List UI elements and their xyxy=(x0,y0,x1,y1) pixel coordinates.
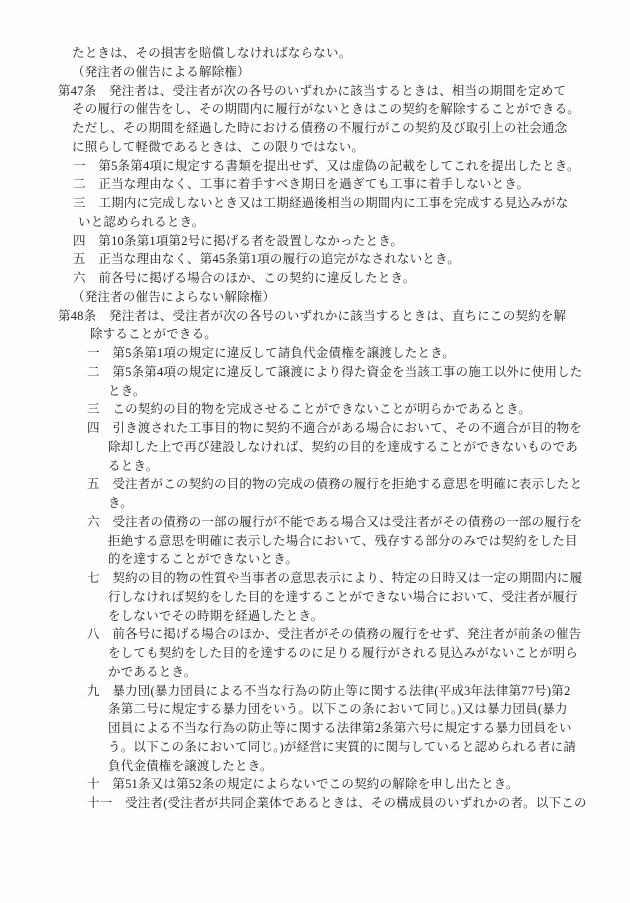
document-line: 一 第5条第4項に規定する書類を提出せず、又は虚偽の記載をしてこれを提出したとき… xyxy=(58,157,598,176)
document-line: ただし、その期間を経過した時における債務の不履行がこの契約及び取引上の社会通念 xyxy=(58,119,598,138)
document-line: るとき。 xyxy=(58,457,598,476)
document-line: 第47条 発注者は、受注者が次の各号のいずれかに該当するときは、相当の期間を定め… xyxy=(58,82,598,101)
document-line: 団員による不当な行為の防止等に関する法律第2条第六号に規定する暴力団員をい xyxy=(58,719,598,738)
document-line: いと認められるとき。 xyxy=(58,213,598,232)
document-line: 負代金債権を譲渡したとき。 xyxy=(58,757,598,776)
document-body: たときは、その損害を賠償しなければならない。（発注者の催告による解除権）第47条… xyxy=(58,44,598,813)
document-line: 二 正当な理由なく、工事に着手すべき期日を過ぎても工事に着手しないとき。 xyxy=(58,175,598,194)
document-line: 七 契約の目的物の性質や当事者の意思表示により、特定の日時又は一定の期間内に履 xyxy=(58,569,598,588)
document-line: き。 xyxy=(58,494,598,513)
document-line: 十一 受注者(受注者が共同企業体であるときは、その構成員のいずれかの者。以下この xyxy=(58,794,598,813)
document-line: その履行の催告をし、その期間内に履行がないときはこの契約を解除することができる。 xyxy=(58,100,598,119)
document-line: 拒絶する意思を明確に表示した場合において、残存する部分のみでは契約をした目 xyxy=(58,532,598,551)
document-line: 四 第10条第1項第2号に掲げる者を設置しなかったとき。 xyxy=(58,232,598,251)
document-line: 五 受注者がこの契約の目的物の完成の債務の履行を拒絶する意思を明確に表示したと xyxy=(58,475,598,494)
document-line: 四 引き渡された工事目的物に契約不適合がある場合において、その不適合が目的物を xyxy=(58,419,598,438)
document-line: 五 正当な理由なく、第45条第1項の履行の追完がなされないとき。 xyxy=(58,250,598,269)
document-line: 二 第5条第4項の規定に違反して譲渡により得た資金を当該工事の施工以外に使用した xyxy=(58,363,598,382)
document-line: 十 第51条又は第52条の規定によらないでこの契約の解除を申し出たとき。 xyxy=(58,775,598,794)
document-line: 六 受注者の債務の一部の履行が不能である場合又は受注者がその債務の一部の履行を xyxy=(58,513,598,532)
document-line: に照らして軽微であるときは、この限りではない。 xyxy=(58,138,598,157)
document-line: 八 前各号に掲げる場合のほか、受注者がその債務の履行をせず、発注者が前条の催告 xyxy=(58,625,598,644)
document-line: をしないでその時期を経過したとき。 xyxy=(58,607,598,626)
document-line: とき。 xyxy=(58,382,598,401)
document-line: 除することができる。 xyxy=(58,325,598,344)
document-line: かであるとき。 xyxy=(58,663,598,682)
document-line: たときは、その損害を賠償しなければならない。 xyxy=(58,44,598,63)
document-line: 一 第5条第1項の規定に違反して請負代金債権を譲渡したとき。 xyxy=(58,344,598,363)
document-line: 九 暴力団(暴力団員による不当な行為の防止等に関する法律(平成3年法律第77号)… xyxy=(58,682,598,701)
document-line: う。以下この条において同じ。)が経営に実質的に関与していると認められる者に請 xyxy=(58,738,598,757)
document-line: 六 前各号に掲げる場合のほか、この契約に違反したとき。 xyxy=(58,269,598,288)
document-line: 行しなければ契約をした目的を達することができない場合において、受注者が履行 xyxy=(58,588,598,607)
document-line: （発注者の催告による解除権） xyxy=(58,63,598,82)
document-line: 除却した上で再び建設しなければ、契約の目的を達成することができないものであ xyxy=(58,438,598,457)
document-line: をしても契約をした目的を達するのに足りる履行がされる見込みがないことが明ら xyxy=(58,644,598,663)
document-line: 第48条 発注者は、受注者が次の各号のいずれかに該当するときは、直ちにこの契約を… xyxy=(58,307,598,326)
document-line: 的を達することができないとき。 xyxy=(58,550,598,569)
document-line: 条第二号に規定する暴力団をいう。以下この条において同じ。)又は暴力団員(暴力 xyxy=(58,700,598,719)
document-line: 三 この契約の目的物を完成させることができないことが明らかであるとき。 xyxy=(58,400,598,419)
document-line: （発注者の催告によらない解除権） xyxy=(58,288,598,307)
document-line: 三 工期内に完成しないとき又は工期経過後相当の期間内に工事を完成する見込みがな xyxy=(58,194,598,213)
document-page: たときは、その損害を賠償しなければならない。（発注者の催告による解除権）第47条… xyxy=(0,0,630,903)
